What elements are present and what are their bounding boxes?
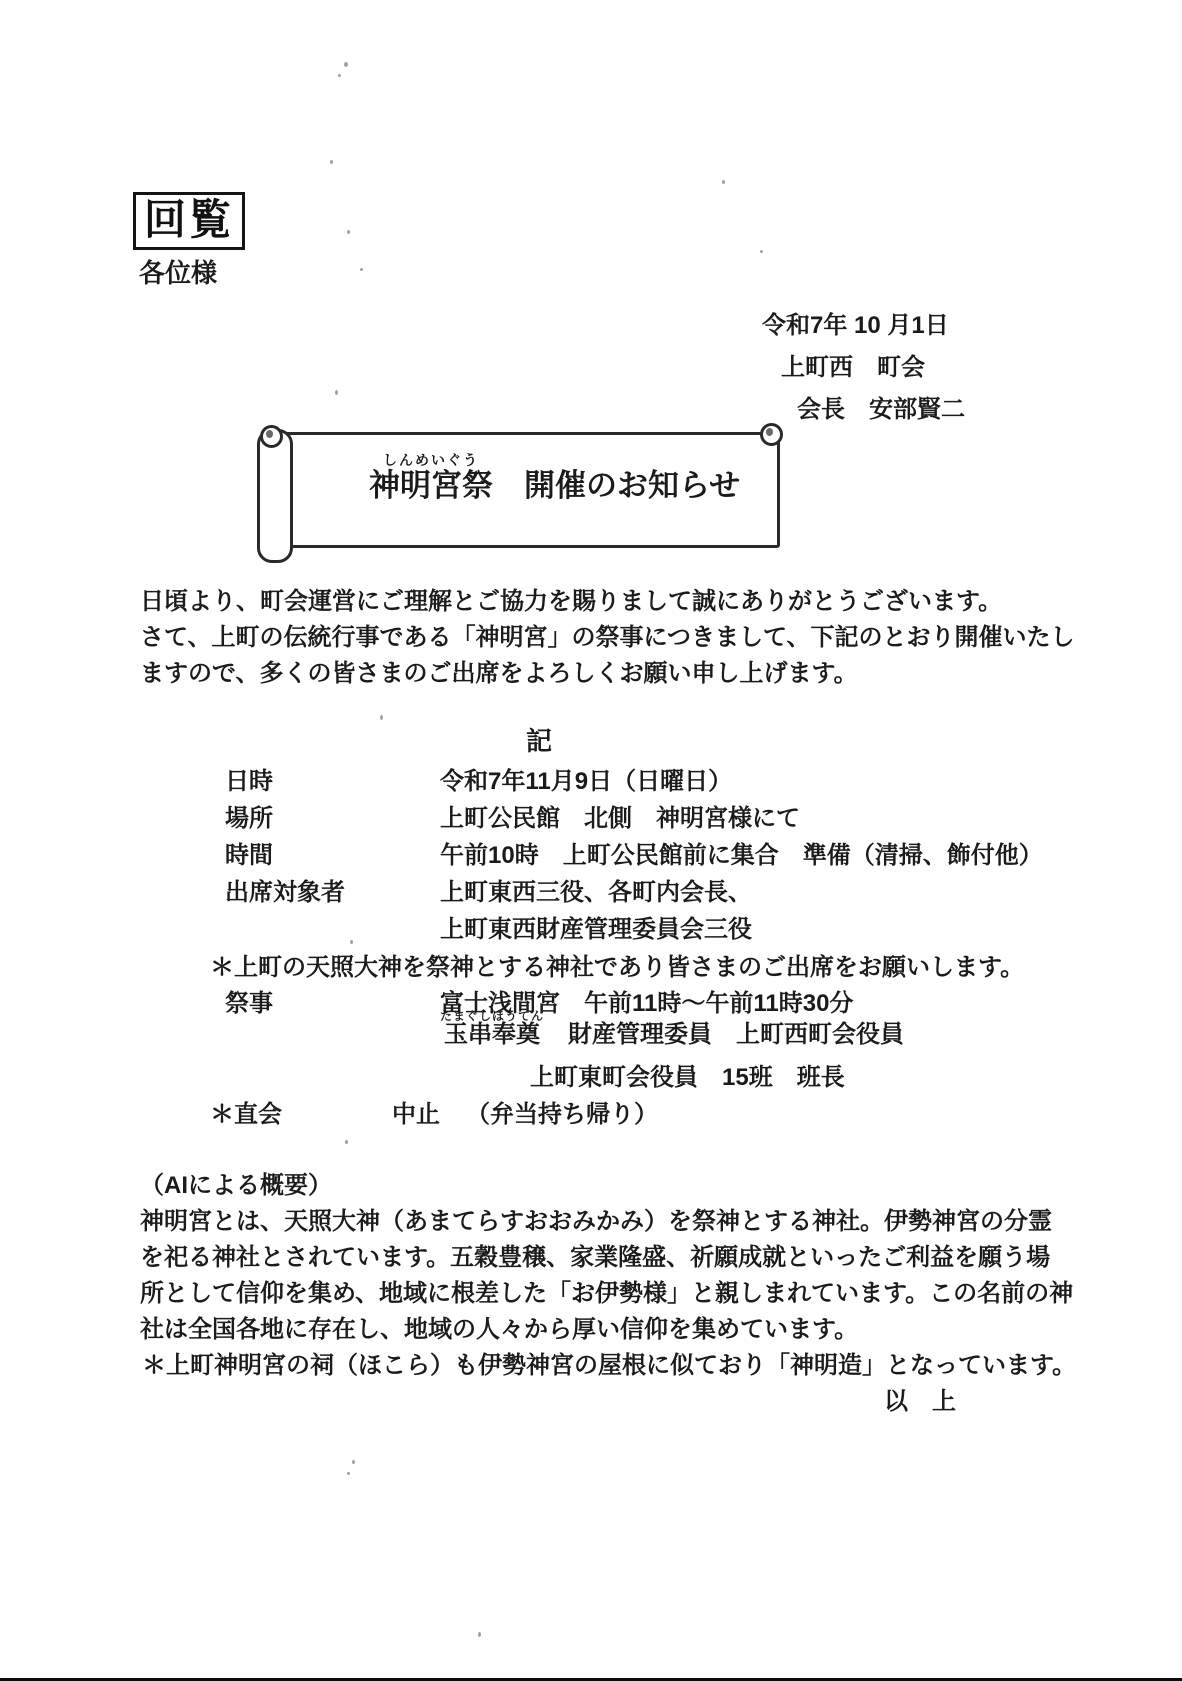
- ai-summary-heading: （AIによる概要）: [140, 1172, 332, 1201]
- tamagushi-rest: 財産管理委員 上町西町会役員: [544, 1022, 904, 1048]
- ai-summary-line-3: 所として信仰を集め、地域に根差した「お伊勢様」と親しまれています。この名前の神: [140, 1280, 1073, 1309]
- title-rest: 開催のお知らせ: [493, 468, 740, 504]
- detail-value-datetime: 令和7年11月9日（日曜日）: [440, 768, 732, 797]
- closing-mark: 以 上: [884, 1388, 956, 1417]
- recipient-line: 各位様: [139, 258, 217, 289]
- naorai-label: ＊直会: [210, 1101, 282, 1130]
- scan-speck: [478, 1632, 481, 1637]
- scan-speck: [338, 74, 341, 77]
- scan-speck: [722, 180, 725, 184]
- scan-speck: [352, 1460, 355, 1464]
- detail-label-place: 場所: [225, 805, 273, 834]
- circulation-stamp: 回覧: [133, 192, 245, 250]
- scan-speck: [347, 1472, 350, 1475]
- title-base: 神明宮祭: [369, 468, 493, 504]
- scan-speck: [350, 940, 353, 944]
- ai-summary-line-4: 社は全国各地に存在し、地域の人々から厚い信仰を集めています。: [140, 1316, 858, 1345]
- detail-label-datetime: 日時: [225, 768, 273, 797]
- detail-value-attendees-2: 上町東西財産管理委員会三役: [440, 916, 752, 945]
- note-shrine: ＊上町の天照大神を祭神とする神社であり皆さまのご出席をお願いします。: [210, 954, 1024, 983]
- scan-speck: [345, 1140, 348, 1144]
- page-title: しんめいぐう 神明宮祭 開催のお知らせ: [369, 453, 740, 504]
- organization-name: 上町西 町会: [781, 354, 925, 383]
- scan-speck: [347, 230, 350, 234]
- tamagushi-line: たまぐしほうてん 玉串奉奠 財産管理委員 上町西町会役員: [440, 1010, 904, 1048]
- tamagushi-base: 玉串奉奠: [444, 1022, 540, 1048]
- east-officers-line: 上町東町会役員 15班 班長: [530, 1064, 845, 1093]
- naorai-status: 中止: [392, 1101, 440, 1130]
- detail-value-attendees: 上町東西三役、各町内会長、: [440, 879, 752, 908]
- greeting-line-1: 日頃より、町会運営にご理解とご協力を賜りまして誠にありがとうございます。: [140, 588, 1002, 617]
- detail-value-time: 午前10時 上町公民館前に集合 準備（清掃、飾付他）: [440, 842, 1043, 871]
- naorai-note: （弁当持ち帰り）: [466, 1101, 658, 1130]
- issue-date: 令和7年 10 月1日: [762, 312, 949, 341]
- chairman-name: 会長 安部賢二: [797, 396, 965, 425]
- document-page: 回覧 各位様 令和7年 10 月1日 上町西 町会 会長 安部賢二 しんめいぐう…: [0, 0, 1182, 1681]
- record-mark: 記: [526, 726, 552, 757]
- greeting-line-3: ますので、多くの皆さまのご出席をよろしくお願い申し上げます。: [140, 660, 858, 689]
- greeting-line-2: さて、上町の伝統行事である「神明宮」の祭事につきまして、下記のとおり開催いたし: [140, 624, 1075, 653]
- scan-speck: [360, 268, 363, 271]
- scroll-roll-left: [257, 429, 293, 563]
- detail-value-place: 上町公民館 北側 神明宮様にて: [440, 805, 800, 834]
- detail-label-saiji: 祭事: [225, 990, 273, 1019]
- scroll-curl-right-icon: [760, 423, 783, 446]
- detail-label-attendees: 出席対象者: [225, 879, 345, 908]
- scroll-curl-left-icon: [260, 425, 283, 448]
- scan-speck: [380, 715, 383, 720]
- note-hokora: ＊上町神明宮の祠（ほこら）も伊勢神宮の屋根に似ており「神明造」となっています。: [142, 1352, 1076, 1381]
- ai-summary-line-1: 神明宮とは、天照大神（あまてらすおおみかみ）を祭神とする神社。伊勢神宮の分霊: [140, 1208, 1052, 1237]
- ai-summary-line-2: を祀る神社とされています。五穀豊穣、家業隆盛、祈願成就といったご利益を願う場: [140, 1244, 1050, 1273]
- title-furigana: しんめいぐう: [383, 453, 479, 468]
- scan-speck: [330, 160, 333, 164]
- scan-speck: [344, 62, 348, 67]
- scan-speck: [760, 250, 763, 253]
- title-banner: しんめいぐう 神明宮祭 開催のお知らせ: [262, 432, 780, 548]
- scan-speck: [335, 390, 338, 395]
- detail-label-time: 時間: [225, 842, 273, 871]
